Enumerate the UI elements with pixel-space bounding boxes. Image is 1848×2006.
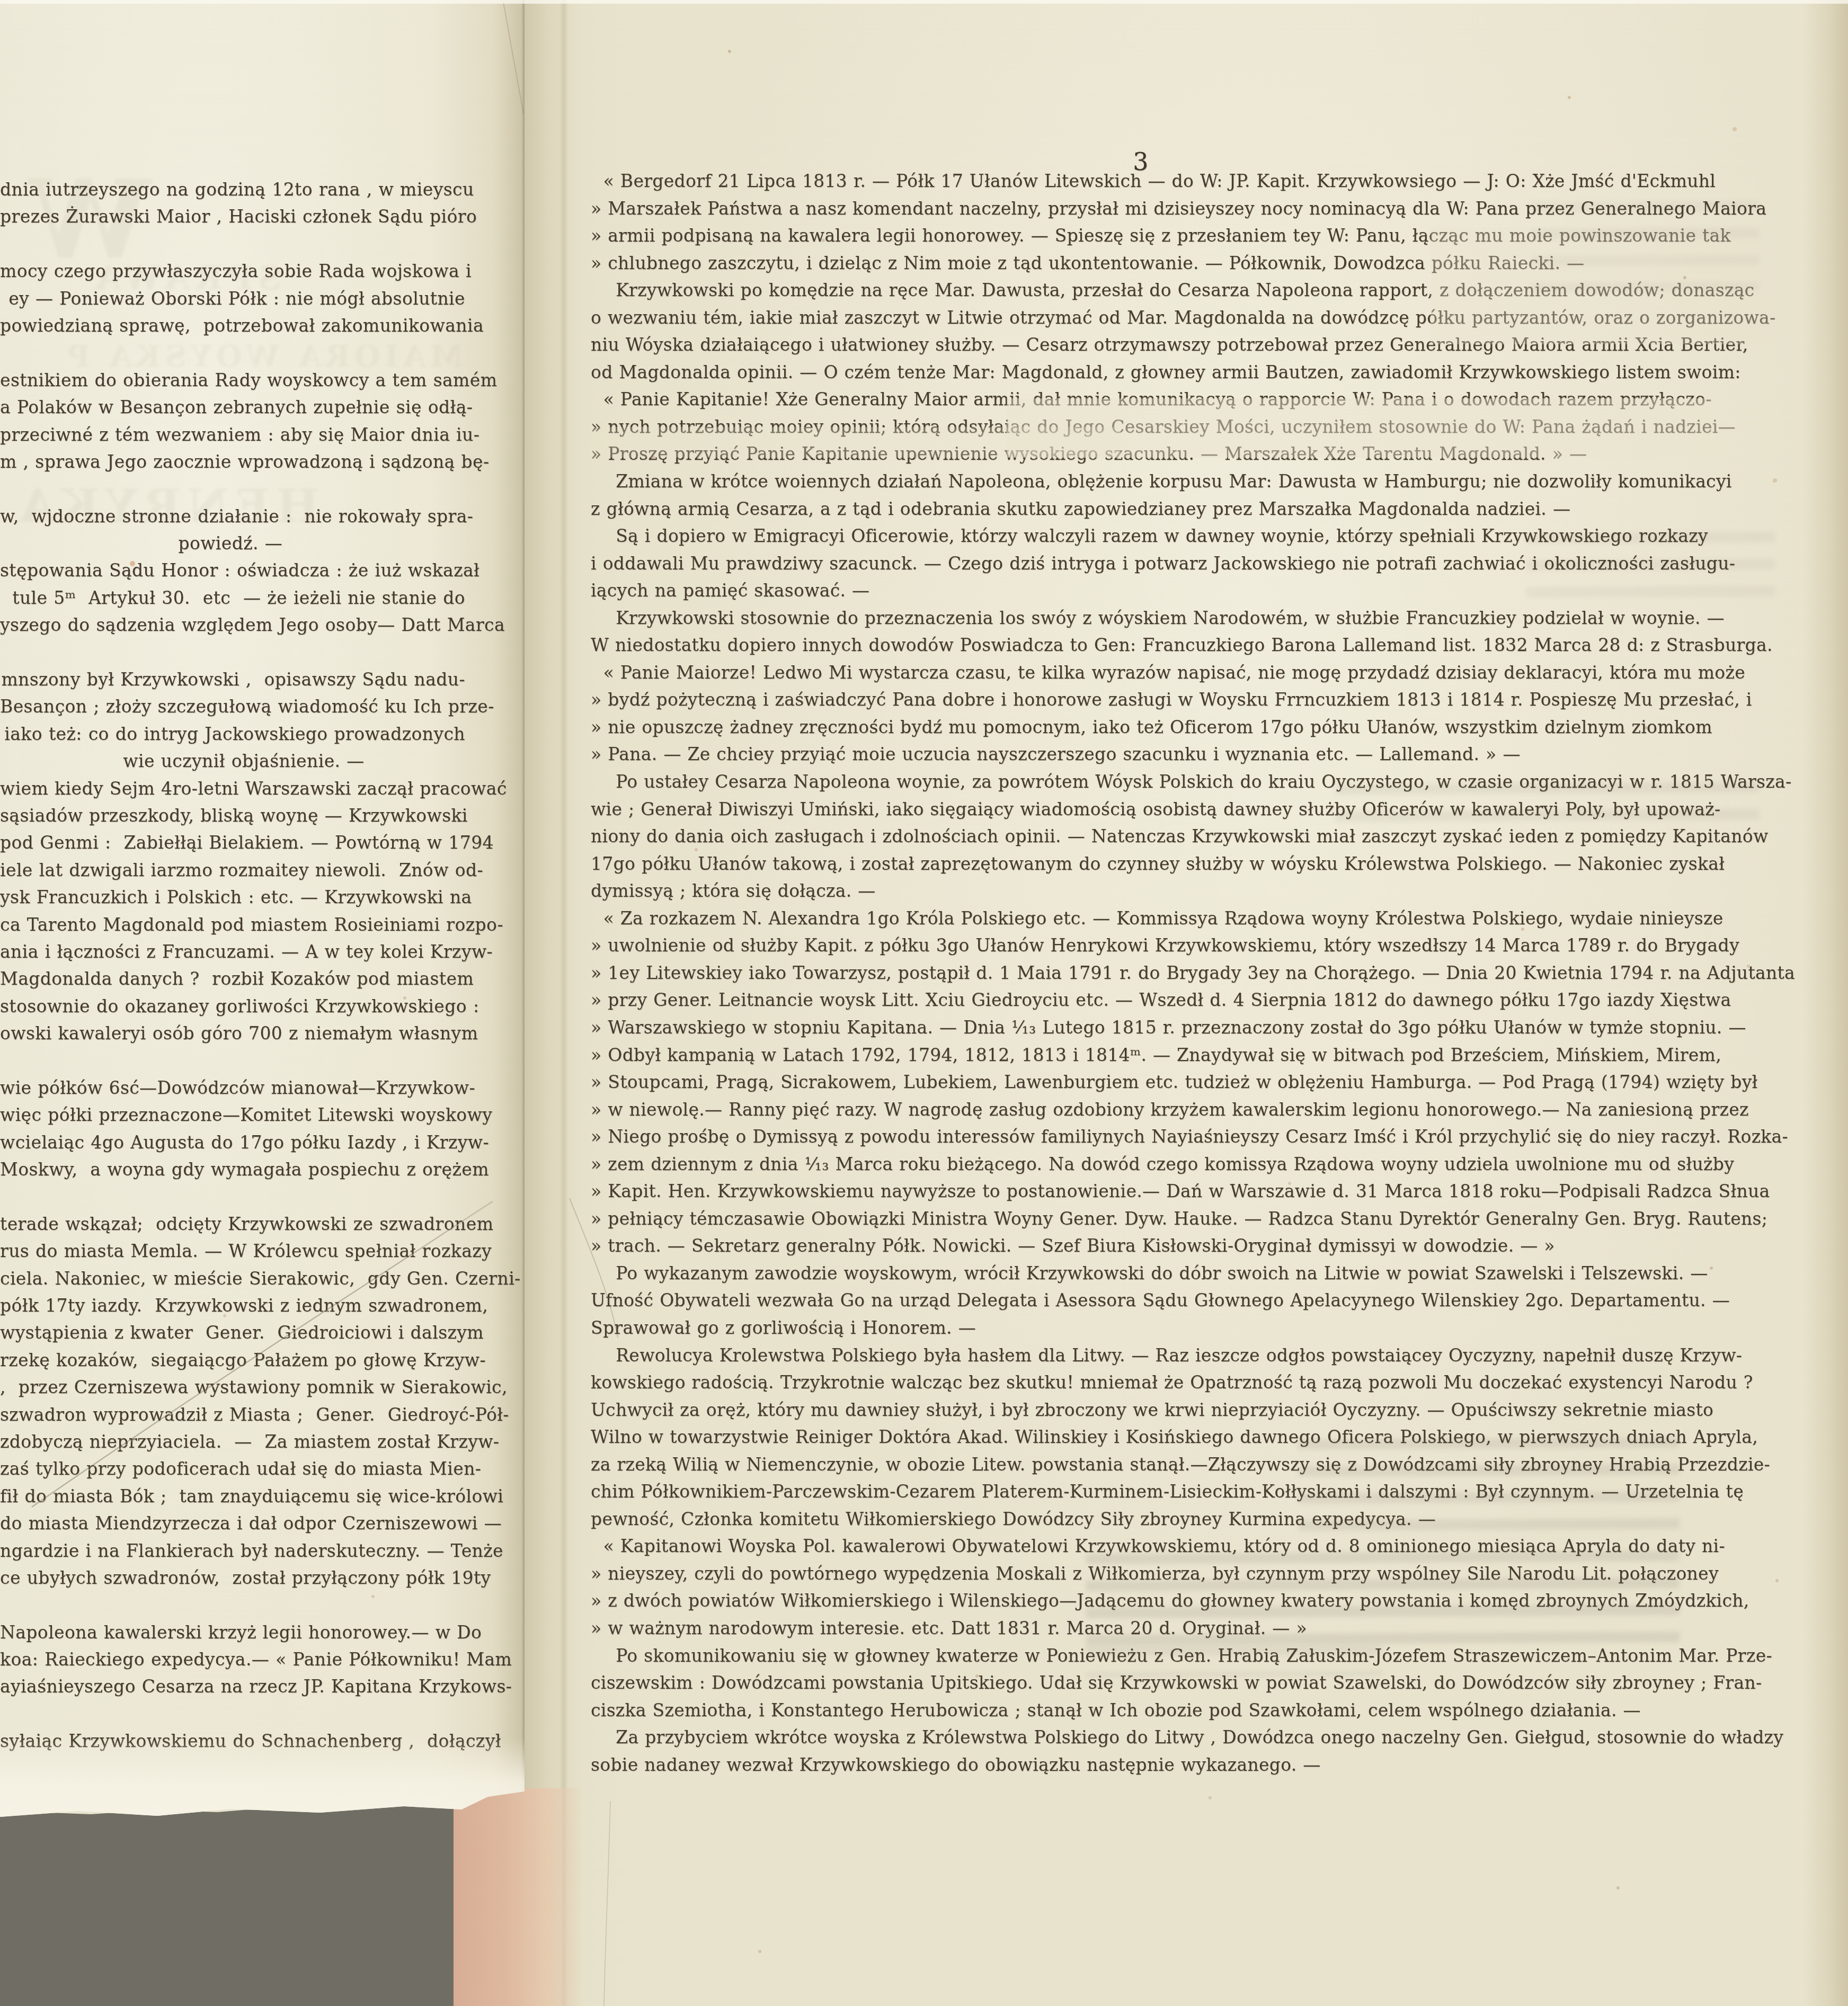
text-line bbox=[0, 1704, 465, 1731]
bleed-through-text-smudge bbox=[1335, 782, 1759, 834]
text-line: « Panie Maiorze! Ledwo Mi wystarcza czas… bbox=[591, 662, 1703, 690]
text-line: stosownie do okazaney gorliwości Krzywko… bbox=[0, 996, 465, 1023]
text-line bbox=[0, 1186, 465, 1213]
text-line: ciela. Nakoniec, w mieście Sierakowic, g… bbox=[0, 1268, 465, 1295]
text-line: więc półki przeznaczone—Komitet Litewski… bbox=[0, 1104, 465, 1131]
text-line: tule 5ᵐ Artykuł 30. etc — że ieżeli nie … bbox=[0, 587, 465, 614]
text-line: o wezwaniu tém, iakie miał zaszczyt w Li… bbox=[591, 307, 1703, 335]
text-line: niu Wóyska działaiącego i ułatwioney słu… bbox=[591, 334, 1703, 362]
text-line: » w niewolę.— Ranny pięć razy. W nagrodę… bbox=[591, 1099, 1703, 1127]
text-line: 17go półku Ułanów takową, i został zapre… bbox=[591, 853, 1703, 881]
text-line: Besançon ; złoży szczegułową wiadomość k… bbox=[0, 696, 465, 723]
text-line bbox=[0, 1050, 465, 1077]
text-line: szwadron wyprowadził z Miasta ; Gener. G… bbox=[0, 1404, 465, 1431]
text-line: iele lat dzwigali iarzmo rozmaitey niewo… bbox=[0, 860, 465, 887]
text-line: powiedź. — bbox=[0, 533, 465, 560]
underlay-cover-edge bbox=[444, 1788, 583, 2006]
text-line: » 1ey Litewskiey iako Towarzysz, postąpi… bbox=[591, 962, 1703, 990]
text-line: « Panie Kapitanie! Xże Generalny Maior a… bbox=[591, 389, 1703, 416]
text-line: Napoleona kawalerski krzyż legii honorow… bbox=[0, 1622, 465, 1649]
text-line: , przez Czerniszewa wystawiony pomnik w … bbox=[0, 1377, 465, 1404]
text-line: mocy czego przywłaszyczyła sobie Rada wo… bbox=[0, 261, 465, 288]
text-line: ey — Ponieważ Oborski Półk : nie mógł ab… bbox=[0, 288, 465, 315]
right-page-text-column: « Bergedorf 21 Lipca 1813 r. — Półk 17 U… bbox=[591, 171, 1703, 1781]
text-line: rus do miasta Memla. — W Królewcu spełni… bbox=[0, 1241, 465, 1268]
foxing-stains bbox=[0, 0, 2, 2]
text-line: » przy Gener. Leitnancie woysk Litt. Xci… bbox=[591, 989, 1703, 1017]
text-line: owski kawaleryi osób góro 700 z niemałym… bbox=[0, 1023, 465, 1050]
text-line: ciszka Szemiotha, i Konstantego Herubowi… bbox=[591, 1700, 1703, 1727]
text-line: wie uczynił objaśnienie. — bbox=[0, 751, 465, 778]
text-line: » zem dziennym z dnia ¹⁄₁₃ Marca roku bi… bbox=[591, 1154, 1703, 1181]
bleed-through-text-smudge bbox=[1086, 1550, 1680, 1652]
text-line: « Bergedorf 21 Lipca 1813 r. — Półk 17 U… bbox=[591, 171, 1703, 198]
text-line bbox=[0, 478, 465, 505]
text-line: » Warszawskiego w stopniu Kapitana. — Dn… bbox=[591, 1017, 1703, 1045]
text-line: » trach. — Sekretarz generalny Półk. Now… bbox=[591, 1235, 1703, 1263]
text-line: » Stoupcami, Pragą, Sicrakowem, Lubekiem… bbox=[591, 1072, 1703, 1099]
scanned-book-spread: { "document": { "kind": "scanned 19th-ce… bbox=[0, 0, 1848, 2006]
text-line: wiem kiedy Sejm 4ro-letni Warszawski zac… bbox=[0, 778, 465, 805]
scanner-bed-background bbox=[0, 1799, 454, 2006]
text-line bbox=[0, 1594, 465, 1621]
text-line: dnia iutrzeyszego na godziną 12to rana ,… bbox=[0, 179, 465, 206]
text-line: sąsiadów przeszkody, bliską woynę — Krzy… bbox=[0, 805, 465, 832]
text-line: Zmiana w krótce woiennych działań Napole… bbox=[591, 471, 1703, 498]
bleed-through-text-smudge bbox=[1298, 1437, 1680, 1540]
text-line: Krzywkowski stosownie do przeznaczenia l… bbox=[591, 608, 1703, 635]
scan-top-edge-highlight bbox=[0, 0, 1848, 4]
text-line: wcielaiąc 4go Augusta do 17go półku Iazd… bbox=[0, 1132, 465, 1159]
text-line: stępowania Sądu Honor : oświadcza : że i… bbox=[0, 560, 465, 587]
text-line: powiedzianą sprawę, potrzebował zakomuni… bbox=[0, 315, 465, 342]
text-line: estnikiem do obierania Rady woyskowcy a … bbox=[0, 370, 465, 397]
text-line bbox=[0, 342, 465, 369]
bleed-through-text-smudge bbox=[1531, 201, 1760, 292]
page-right-edge-shading bbox=[1802, 0, 1848, 2006]
text-line: ngardzie i na Flankierach był naderskute… bbox=[0, 1540, 465, 1567]
text-line: iako też: co do intryg Jackowskiego prow… bbox=[0, 724, 465, 751]
text-line: » Proszę przyiąć Panie Kapitanie upewnie… bbox=[591, 443, 1703, 471]
text-line: Moskwy, a woyna gdy wymagała pospiechu z… bbox=[0, 1159, 465, 1186]
text-line: fił do miasta Bók ; tam znayduiącemu się… bbox=[0, 1486, 465, 1513]
text-line: Sprawował go z gorliwością i Honorem. — bbox=[591, 1317, 1703, 1345]
text-line: » Kapit. Hen. Krzywkowskiemu naywyższe t… bbox=[591, 1181, 1703, 1208]
left-page: W SPRAWA MAIORA WOYSKA P HENRYKA dnia iu… bbox=[0, 0, 525, 1824]
text-line: » pełniący témczasawie Obowiązki Ministr… bbox=[591, 1208, 1703, 1236]
gutter-crease bbox=[559, 0, 568, 2006]
bleed-through-text-smudge bbox=[1526, 532, 1775, 602]
text-line: kowskiego radością. Trzykrotnie walcząc … bbox=[591, 1372, 1703, 1399]
text-line: wystąpienia z kwater Gener. Giedroiciowi… bbox=[0, 1322, 465, 1349]
text-line: » nie opuszczę żadney zręczności bydź mu… bbox=[591, 717, 1703, 744]
text-line bbox=[0, 642, 465, 669]
text-line: ayiaśnieyszego Cesarza na rzecz JP. Kapi… bbox=[0, 1676, 465, 1703]
text-line: półk 17ty iazdy. Krzywkowski z iednym sz… bbox=[0, 1295, 465, 1322]
text-line: przeciwné z tém wezwaniem : aby się Maio… bbox=[0, 424, 465, 451]
left-page-bottom-margin bbox=[0, 1738, 525, 1818]
text-line: w, wjdoczne stronne działanie : nie roko… bbox=[0, 506, 465, 533]
text-line: Rewolucya Krolewstwa Polskiego była hasł… bbox=[591, 1345, 1703, 1372]
left-page-text-column: dnia iutrzeyszego na godziną 12to rana ,… bbox=[0, 179, 465, 1758]
text-line: » Niego prośbę o Dymissyą z powodu inter… bbox=[591, 1126, 1703, 1154]
text-line: Po wykazanym zawodzie woyskowym, wrócił … bbox=[591, 1263, 1703, 1290]
text-line: ania i łączności z Francuzami. — A w tey… bbox=[0, 941, 465, 968]
text-line: W niedostatku dopiero innych dowodów Pos… bbox=[591, 635, 1703, 662]
text-line: » Pana. — Ze chciey przyiąć moie uczucia… bbox=[591, 744, 1703, 771]
text-line: Za przybyciem wkrótce woyska z Królewstw… bbox=[591, 1727, 1703, 1754]
text-line: od Magdonalda opinii. — O czém tenże Mar… bbox=[591, 362, 1703, 389]
text-line: » nych potrzebuiąc moiey opinii; którą o… bbox=[591, 416, 1703, 444]
text-line: rzekę kozaków, siegaiącgo Pałażem po gło… bbox=[0, 1350, 465, 1377]
text-line: » Odbył kampanią w Latach 1792, 1794, 18… bbox=[591, 1045, 1703, 1072]
text-line: ca Tarento Magdonald pod miastem Rosiein… bbox=[0, 914, 465, 941]
text-line: a Polaków w Besançon zebranych zupełnie … bbox=[0, 397, 465, 424]
text-line: « Za rozkazem N. Alexandra 1go Króla Pol… bbox=[591, 908, 1703, 935]
text-line: Uchwycił za oręż, który mu dawniey służy… bbox=[591, 1399, 1703, 1427]
text-line: mnszony był Krzywkowski , opisawszy Sądu… bbox=[0, 669, 465, 696]
text-line: terade wskązał; odcięty Krzywkowski ze s… bbox=[0, 1214, 465, 1241]
text-line: koa: Raieckiego expedycya.— « Panie Półk… bbox=[0, 1649, 465, 1676]
text-line: Ufność Obywateli wezwała Go na urząd Del… bbox=[591, 1290, 1703, 1317]
bleed-through-text-smudge bbox=[1086, 1644, 1383, 1678]
text-line: dymissyą ; która się dołącza. — bbox=[591, 880, 1703, 908]
text-line: do miasta Miendzyrzecza i dał odpor Czer… bbox=[0, 1513, 465, 1540]
text-line bbox=[0, 234, 465, 261]
text-line: ce ubyłych szwadronów, został przyłączon… bbox=[0, 1567, 465, 1594]
text-line: prezes Żurawski Maior , Haciski członek … bbox=[0, 206, 465, 233]
text-line: Magdonalda danych ? rozbił Kozaków pod m… bbox=[0, 968, 465, 995]
text-line: » uwolnienie od służby Kapit. z półku 3g… bbox=[591, 935, 1703, 962]
text-line: zaś tylko przy podoficerach udał się do … bbox=[0, 1458, 465, 1485]
text-line: yszego do sądzenia względem Jego osoby— … bbox=[0, 614, 465, 641]
text-line: wie półków 6sć—Dowódzców mianował—Krzywk… bbox=[0, 1077, 465, 1104]
text-line: sobie nadaney wezwał Krzywkowskiego do o… bbox=[591, 1754, 1703, 1782]
text-line: m , sprawa Jego zaocznie wprowadzoną i s… bbox=[0, 451, 465, 478]
text-line: pod Genmi : Zabiełłąi Bielakiem. — Powtó… bbox=[0, 832, 465, 859]
text-line: zdobyczą nieprzyiaciela. — Za miastem zo… bbox=[0, 1431, 465, 1458]
text-line: » bydź pożyteczną i zaświadczyć Pana dob… bbox=[591, 689, 1703, 717]
text-line: z główną armią Cesarza, a z tąd i odebra… bbox=[591, 498, 1703, 526]
text-line: ysk Francuzkich i Polskich : etc. — Krzy… bbox=[0, 887, 465, 914]
